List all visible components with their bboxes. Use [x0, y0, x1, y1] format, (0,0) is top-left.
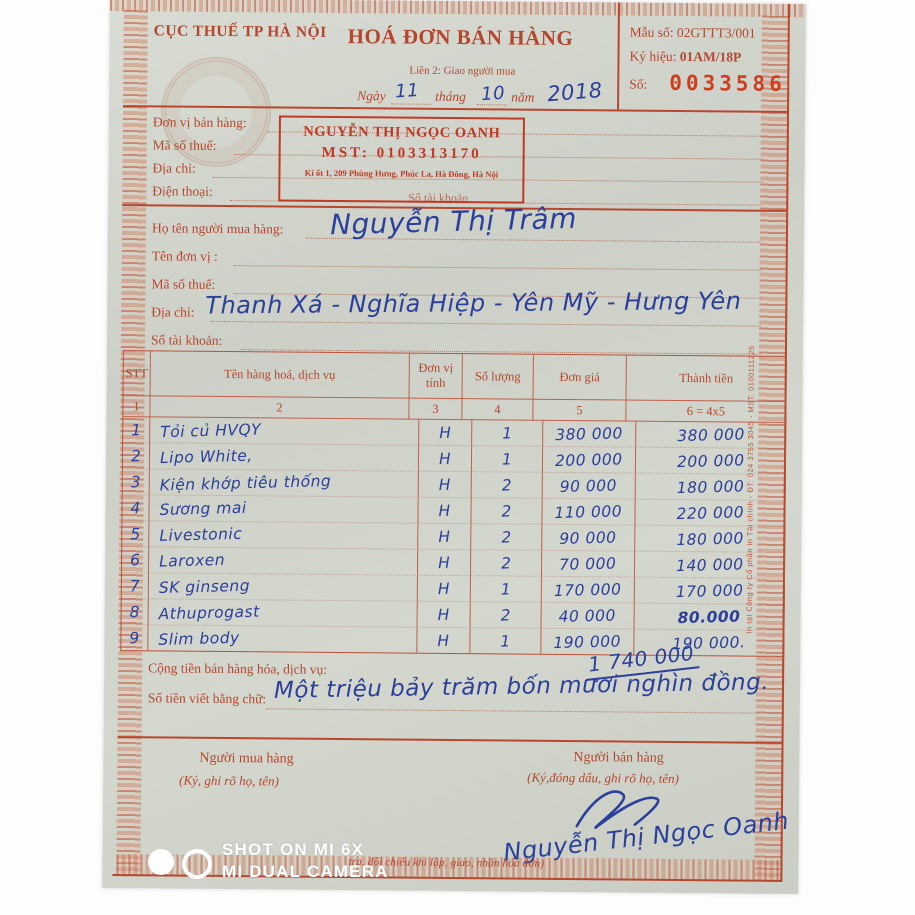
symbol-row: Ký hiệu: 01AM/18P: [629, 49, 741, 66]
cell-name: Lipo White,: [150, 443, 419, 471]
cell-qty: 1: [470, 628, 541, 654]
cell-unit: H: [419, 420, 472, 446]
seller-phone-label: Điện thoại:: [152, 183, 213, 200]
col-header-amount: Thành tiền: [627, 356, 786, 401]
cell-stt: 5: [122, 521, 149, 547]
date-year-value: 2018: [546, 78, 603, 106]
seller-stamp: NGUYỄN THỊ NGỌC OANH MST: 0103313170 Kí …: [278, 115, 525, 203]
cell-amount: 170 000: [635, 578, 784, 605]
buyer-name-handwritten: Nguyễn Thị Trâm: [330, 202, 578, 241]
colnum-2: 2: [150, 395, 409, 419]
colnum-4: 4: [462, 398, 533, 421]
camera-watermark-dot-filled: [148, 849, 174, 875]
total-label: Cộng tiền bán hàng hóa, dịch vụ:: [148, 660, 327, 678]
cell-unit: H: [418, 550, 471, 576]
cell-amount: 180 000: [635, 526, 784, 553]
col-header-stt: STT: [124, 351, 151, 395]
camera-watermark-line1: SHOT ON MI 6X: [222, 840, 364, 860]
cell-price: 170 000: [542, 577, 635, 604]
seller-address-label: Địa chỉ:: [152, 160, 195, 176]
date-month-label: tháng: [435, 89, 466, 105]
buyer-tax-label: Mã số thuế:: [151, 276, 215, 293]
camera-watermark-line2: MI DUAL CAMERA: [222, 862, 389, 882]
seller-tax-label: Mã số thuế:: [153, 137, 217, 154]
table-header-row: STT Tên hàng hoá, dịch vụ Đơn vị tính Số…: [124, 351, 786, 401]
cell-stt: 1: [123, 417, 150, 443]
stamp-seller-mst: MST: 0103313170: [281, 144, 523, 163]
cell-qty: 1: [471, 576, 542, 603]
seller-unit-label: Đơn vị bán hàng:: [153, 114, 247, 131]
symbol-label-text: Ký hiệu:: [629, 49, 676, 64]
cell-unit: H: [419, 446, 472, 472]
cell-name: Kiện khớp tiêu thống: [150, 469, 419, 497]
cell-unit: H: [419, 472, 472, 498]
cell-name: Slim body: [148, 625, 417, 652]
cell-qty: 2: [471, 550, 542, 577]
amount-in-words-handwritten: Một triệu bảy trăm bốn mươi nghìn đồng.: [274, 669, 769, 704]
cell-price: 70 000: [542, 551, 635, 578]
buyer-name-label: Họ tên người mua hàng:: [152, 220, 284, 237]
amount-in-words-label: Số tiền viết bằng chữ:: [148, 690, 266, 707]
cell-stt: 7: [122, 573, 149, 599]
buyer-unit-label: Tên đơn vị :: [152, 248, 218, 265]
cell-name: Sương mai: [149, 495, 418, 523]
cell-price: 200 000: [543, 447, 636, 474]
cell-price: 110 000: [542, 499, 635, 526]
buyer-signature-title: Người mua hàng: [199, 751, 293, 768]
cell-stt: 3: [123, 469, 150, 495]
camera-watermark-dot-outline: [182, 849, 212, 879]
invoice-title: HOÁ ĐƠN BÁN HÀNG: [348, 24, 574, 51]
stamp-seller-name: NGUYỄN THỊ NGỌC OANH: [281, 123, 523, 142]
colnum-5: 5: [533, 399, 626, 422]
cell-amount: 380 000: [636, 422, 785, 449]
form-no-label: Mẫu số: 02GTTT3/001: [630, 25, 756, 42]
cell-unit: H: [418, 602, 471, 628]
cell-amount: 200 000: [636, 448, 785, 475]
cell-amount: 140 000: [635, 552, 784, 579]
cell-stt: 9: [121, 625, 148, 650]
col-header-unit: Đơn vị tính: [410, 354, 463, 398]
items-table: STT Tên hàng hoá, dịch vụ Đơn vị tính Số…: [120, 350, 787, 657]
header-divider-line: [617, 2, 619, 110]
date-year-label: năm: [511, 90, 534, 106]
cell-name: Livestonic: [149, 521, 418, 549]
number-label-text: Số:: [629, 77, 647, 93]
cell-qty: 1: [472, 420, 543, 447]
buyer-address-label: Địa chỉ:: [151, 304, 194, 320]
invoice-number-value: 0033586: [669, 71, 786, 96]
cell-price: 90 000: [542, 525, 635, 552]
form-no-value: 02GTTT3/001: [677, 25, 756, 41]
col-header-qty: Số lượng: [463, 354, 534, 399]
cell-amount: 180 000: [636, 474, 785, 501]
symbol-value: 01AM/18P: [680, 49, 742, 65]
cell-name: Laroxen: [149, 547, 418, 575]
cell-name: Athuprogast: [149, 599, 418, 627]
date-day-value: 11: [395, 80, 420, 102]
buyer-signature-subtitle: (Ký, ghi rõ họ, tên): [179, 773, 279, 790]
cell-qty: 2: [472, 472, 543, 499]
seller-signature-title: Người bán hàng: [573, 750, 664, 767]
tax-office-title: CỤC THUẾ TP HÀ NỘI: [154, 22, 327, 42]
top-guilloche-border: [110, 0, 806, 17]
invoice-photo: CỤC THUẾ TP HÀ NỘI HOÁ ĐƠN BÁN HÀNG Liên…: [102, 0, 806, 894]
date-day-label: Ngày: [357, 88, 386, 104]
buyer-address-handwritten: Thanh Xá - Nghĩa Hiệp - Yên Mỹ - Hưng Yê…: [205, 287, 741, 320]
cell-name: SK ginseng: [149, 573, 418, 601]
cell-qty: 2: [471, 498, 542, 525]
cell-amount: 220 000: [635, 500, 784, 527]
date-month-value: 10: [481, 83, 506, 105]
col-header-name: Tên hàng hoá, dịch vụ: [151, 351, 410, 397]
cell-stt: 6: [122, 547, 149, 573]
cell-unit: H: [418, 576, 471, 602]
totals-bottom-line: [118, 736, 782, 743]
cell-unit: H: [418, 524, 471, 550]
cell-qty: 2: [471, 524, 542, 551]
cell-stt: 4: [122, 495, 149, 521]
buyer-account-label: Số tài khoản:: [151, 332, 222, 349]
cell-amount: 80.000: [635, 604, 784, 631]
colnum-6: 6 = 4x5: [626, 400, 785, 423]
cell-unit: H: [417, 628, 470, 653]
col-header-price: Đơn giá: [534, 355, 627, 400]
cell-qty: 1: [472, 446, 543, 473]
cell-stt: 8: [122, 599, 149, 625]
cell-price: 90 000: [543, 473, 636, 500]
colnum-3: 3: [409, 398, 462, 420]
form-no-label-text: Mẫu số:: [630, 25, 674, 40]
cell-stt: 2: [123, 443, 150, 469]
cell-unit: H: [418, 498, 471, 524]
cell-qty: 2: [471, 602, 542, 629]
cell-name: Tỏi củ HVQY: [150, 417, 419, 445]
cell-price: 40 000: [542, 603, 635, 630]
colnum-1: 1: [123, 395, 150, 417]
stamp-seller-address: Kí ốt 1, 209 Phùng Hưng, Phúc La, Hà Đôn…: [280, 167, 522, 179]
invoice-copy-label: Liên 2: Giao người mua: [409, 65, 515, 78]
cell-price: 380 000: [543, 421, 636, 448]
